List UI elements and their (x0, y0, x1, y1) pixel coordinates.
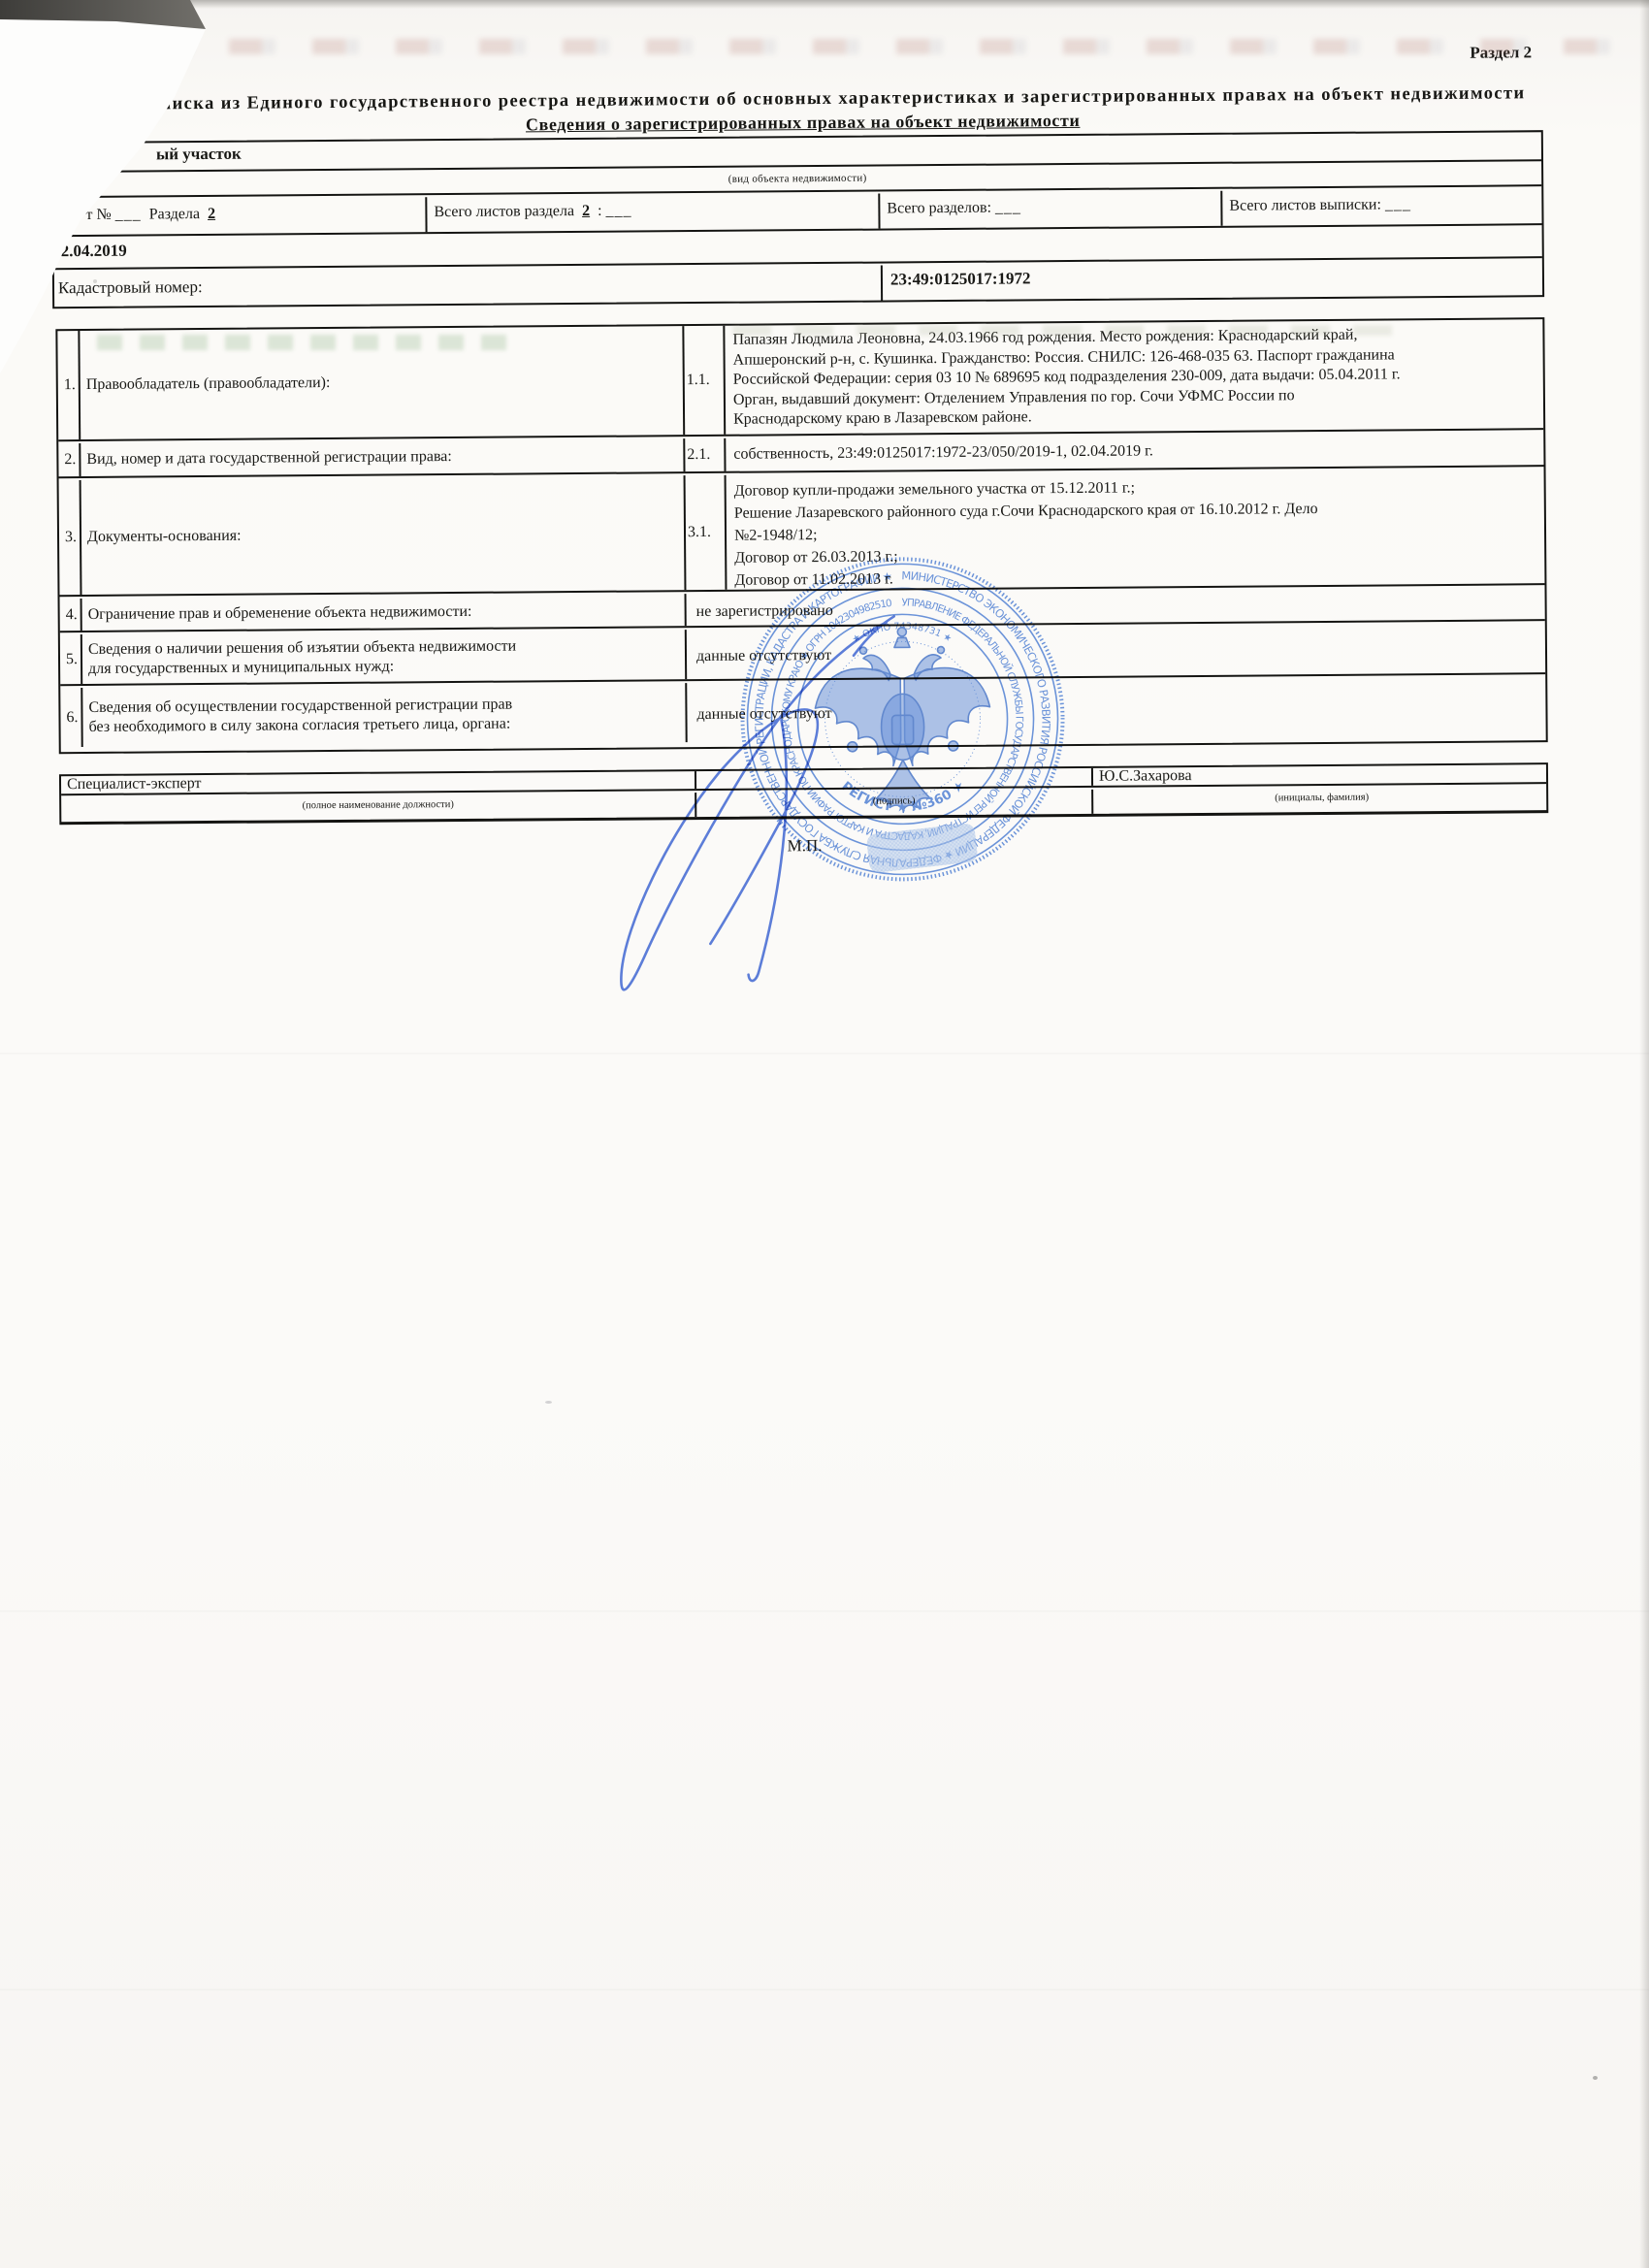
object-type-caption: (вид объекта недвижимости) (728, 173, 867, 185)
sheets-total-blank: ___ (605, 203, 631, 219)
sections-total-blank: ___ (995, 199, 1021, 215)
sections-total-cell: Всего разделов: ___ (880, 191, 1222, 229)
scan-speck (93, 279, 97, 283)
sheets-total-label: Всего листов раздела (434, 203, 574, 220)
row-number: 2. (58, 443, 81, 476)
extract-date: 2.04.2019 (61, 242, 127, 262)
extract-sheets-total-cell: Всего листов выписки: ___ (1222, 188, 1545, 226)
row-number: 4. (60, 599, 82, 631)
scan-right-edge-shadow (1639, 0, 1649, 2268)
row-label: Документы-основания: (83, 475, 687, 595)
row-subnumber: 1.1. (684, 326, 726, 435)
row-subnumber: 2.1. (685, 438, 726, 471)
specialist-name: Ю.С.Захарова (1093, 764, 1550, 786)
sheet-section-number: 2 (204, 206, 219, 222)
row-label: Вид, номер и дата государственной регист… (82, 438, 685, 476)
scan-speck (1593, 2076, 1598, 2080)
scanned-egrn-extract-page: Раздел 2 писка из Единого государственно… (0, 0, 1649, 2268)
extract-sheets-total-label: Всего листов выписки: (1229, 196, 1381, 213)
extract-sheets-total-blank: ___ (1385, 196, 1411, 212)
sheet-section-word: Раздела (149, 206, 200, 222)
sheets-total-number: 2 (578, 203, 594, 219)
sections-total-label: Всего разделов: (887, 200, 991, 217)
row-subnumber: 3.1. (686, 475, 727, 590)
handwritten-signature (544, 581, 955, 1030)
row-value: собственность, 23:49:0125017:1972-23/050… (726, 432, 1547, 471)
sheet-number-blank: ___ (115, 207, 142, 223)
paper-crease (0, 1989, 1649, 1991)
row-value: Папазян Людмила Леоновна, 24.03.1966 год… (725, 319, 1547, 435)
sheets-total-colon: : (598, 203, 602, 219)
cadastral-divider (881, 266, 883, 303)
row-number: 5. (60, 634, 82, 684)
name-caption: (инициалы, фамилия) (1093, 786, 1550, 814)
scan-top-edge-shadow (0, 0, 1649, 9)
object-type: ый участок (156, 145, 242, 165)
paper-crease (0, 1053, 1649, 1054)
scan-speck (545, 1401, 552, 1404)
cadastral-number: 23:49:0125017:1972 (890, 269, 1031, 289)
show-through-smudge (97, 335, 514, 350)
show-through-smudge (145, 39, 1639, 54)
show-through-smudge (732, 325, 1402, 336)
header-table: ый участок (вид объекта недвижимости) т … (51, 130, 1544, 308)
row-number: 6. (60, 688, 82, 747)
cadastral-label: Кадастровый номер: (58, 277, 203, 298)
row-number: 1. (57, 331, 81, 439)
sheets-total-cell: Всего листов раздела 2 : ___ (427, 194, 880, 233)
row-number: 3. (59, 480, 82, 595)
paper-crease (0, 1610, 1649, 1612)
sheet-number-cell: т № ___ Раздела 2 (53, 197, 427, 235)
